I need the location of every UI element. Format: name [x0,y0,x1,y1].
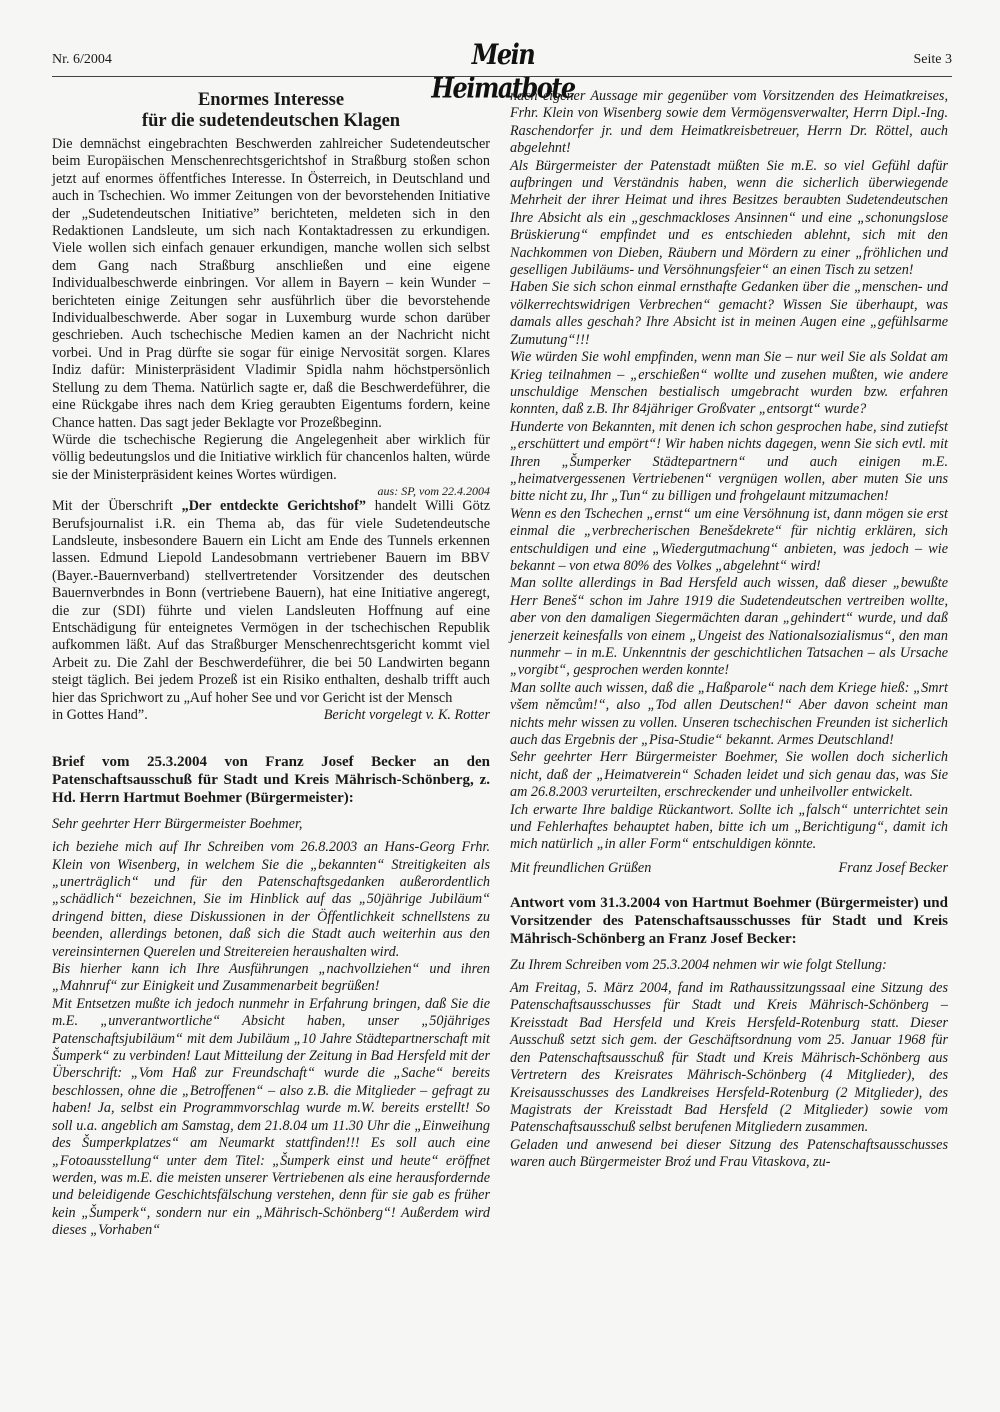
letter-paragraph: Wie würden Sie wohl empfinden, wenn man … [510,349,948,419]
letter-salutation: Sehr geehrter Herr Bürgermeister Boehmer… [52,816,490,833]
article-paragraph: Die demnächst eingebrachten Beschwerden … [52,136,490,432]
letter-paragraph: Ich erwarte Ihre baldige Rückantwort. So… [510,802,948,854]
letter-paragraph: Als Bürgermeister der Patenstadt müßten … [510,158,948,280]
article-enormes-interesse: Enormes Interesse für die sudetendeutsch… [52,90,490,724]
article-title: Enormes Interesse für die sudetendeutsch… [52,90,490,132]
reply-paragraph: Am Freitag, 5. März 2004, fand im Rathau… [510,980,948,1137]
article-paragraph: Mit der Überschrift „Der entdeckte Geric… [52,498,490,707]
header-rule [52,76,952,77]
article-byline-row: in Gottes Hand”. Bericht vorgelegt v. K.… [52,707,490,724]
signature: Franz Josef Becker [838,860,948,877]
issue-number: Nr. 6/2004 [52,52,112,68]
reply-heading: Antwort vom 31.3.2004 von Hartmut Boehme… [510,895,948,948]
page-header: Nr. 6/2004 Mein Heimatbote Seite 3 [52,44,952,74]
letter-paragraph: Wenn es den Tschechen „ernst“ um eine Ve… [510,506,948,576]
letter-paragraph: Haben Sie sich schon einmal ernsthafte G… [510,279,948,349]
reply-intro: Zu Ihrem Schreiben vom 25.3.2004 nehmen … [510,957,948,974]
letter-signoff: Mit freundlichen Grüßen Franz Josef Beck… [510,860,948,877]
letter-paragraph: ich beziehe mich auf Ihr Schreiben vom 2… [52,839,490,961]
letter-paragraph: Bis hierher kann ich Ihre Ausführungen „… [52,961,490,996]
left-column: Enormes Interesse für die sudetendeutsch… [52,88,490,1240]
article-paragraph: Würde die tschechische Regierung die Ang… [52,432,490,484]
reply-paragraph: Geladen und anwesend bei dieser Sitzung … [510,1137,948,1172]
letter-paragraph: nach eigener Aussage mir gegenüber vom V… [510,88,948,158]
page-number: Seite 3 [914,52,953,68]
letter-paragraph: Sehr geehrter Herr Bürgermeister Boehmer… [510,749,948,801]
newspaper-page: Nr. 6/2004 Mein Heimatbote Seite 3 Enorm… [52,0,952,1412]
letter-paragraph: Man sollte allerdings in Bad Hersfeld au… [510,575,948,679]
closing: Mit freundlichen Grüßen [510,860,651,877]
letter-paragraph: Mit Entsetzen mußte ich jedoch nunmehr i… [52,996,490,1240]
letter-paragraph: Hunderte von Bekannten, mit denen ich sc… [510,419,948,506]
letter-paragraph: Man sollte auch wissen, daß die „Haßparo… [510,680,948,750]
letter-heading: Brief vom 25.3.2004 von Franz Josef Beck… [52,754,490,807]
right-column: nach eigener Aussage mir gegenüber vom V… [510,88,948,1172]
byline: Bericht vorgelegt v. K. Rotter [324,707,490,724]
article-source: aus: SP, vom 22.4.2004 [52,484,490,498]
